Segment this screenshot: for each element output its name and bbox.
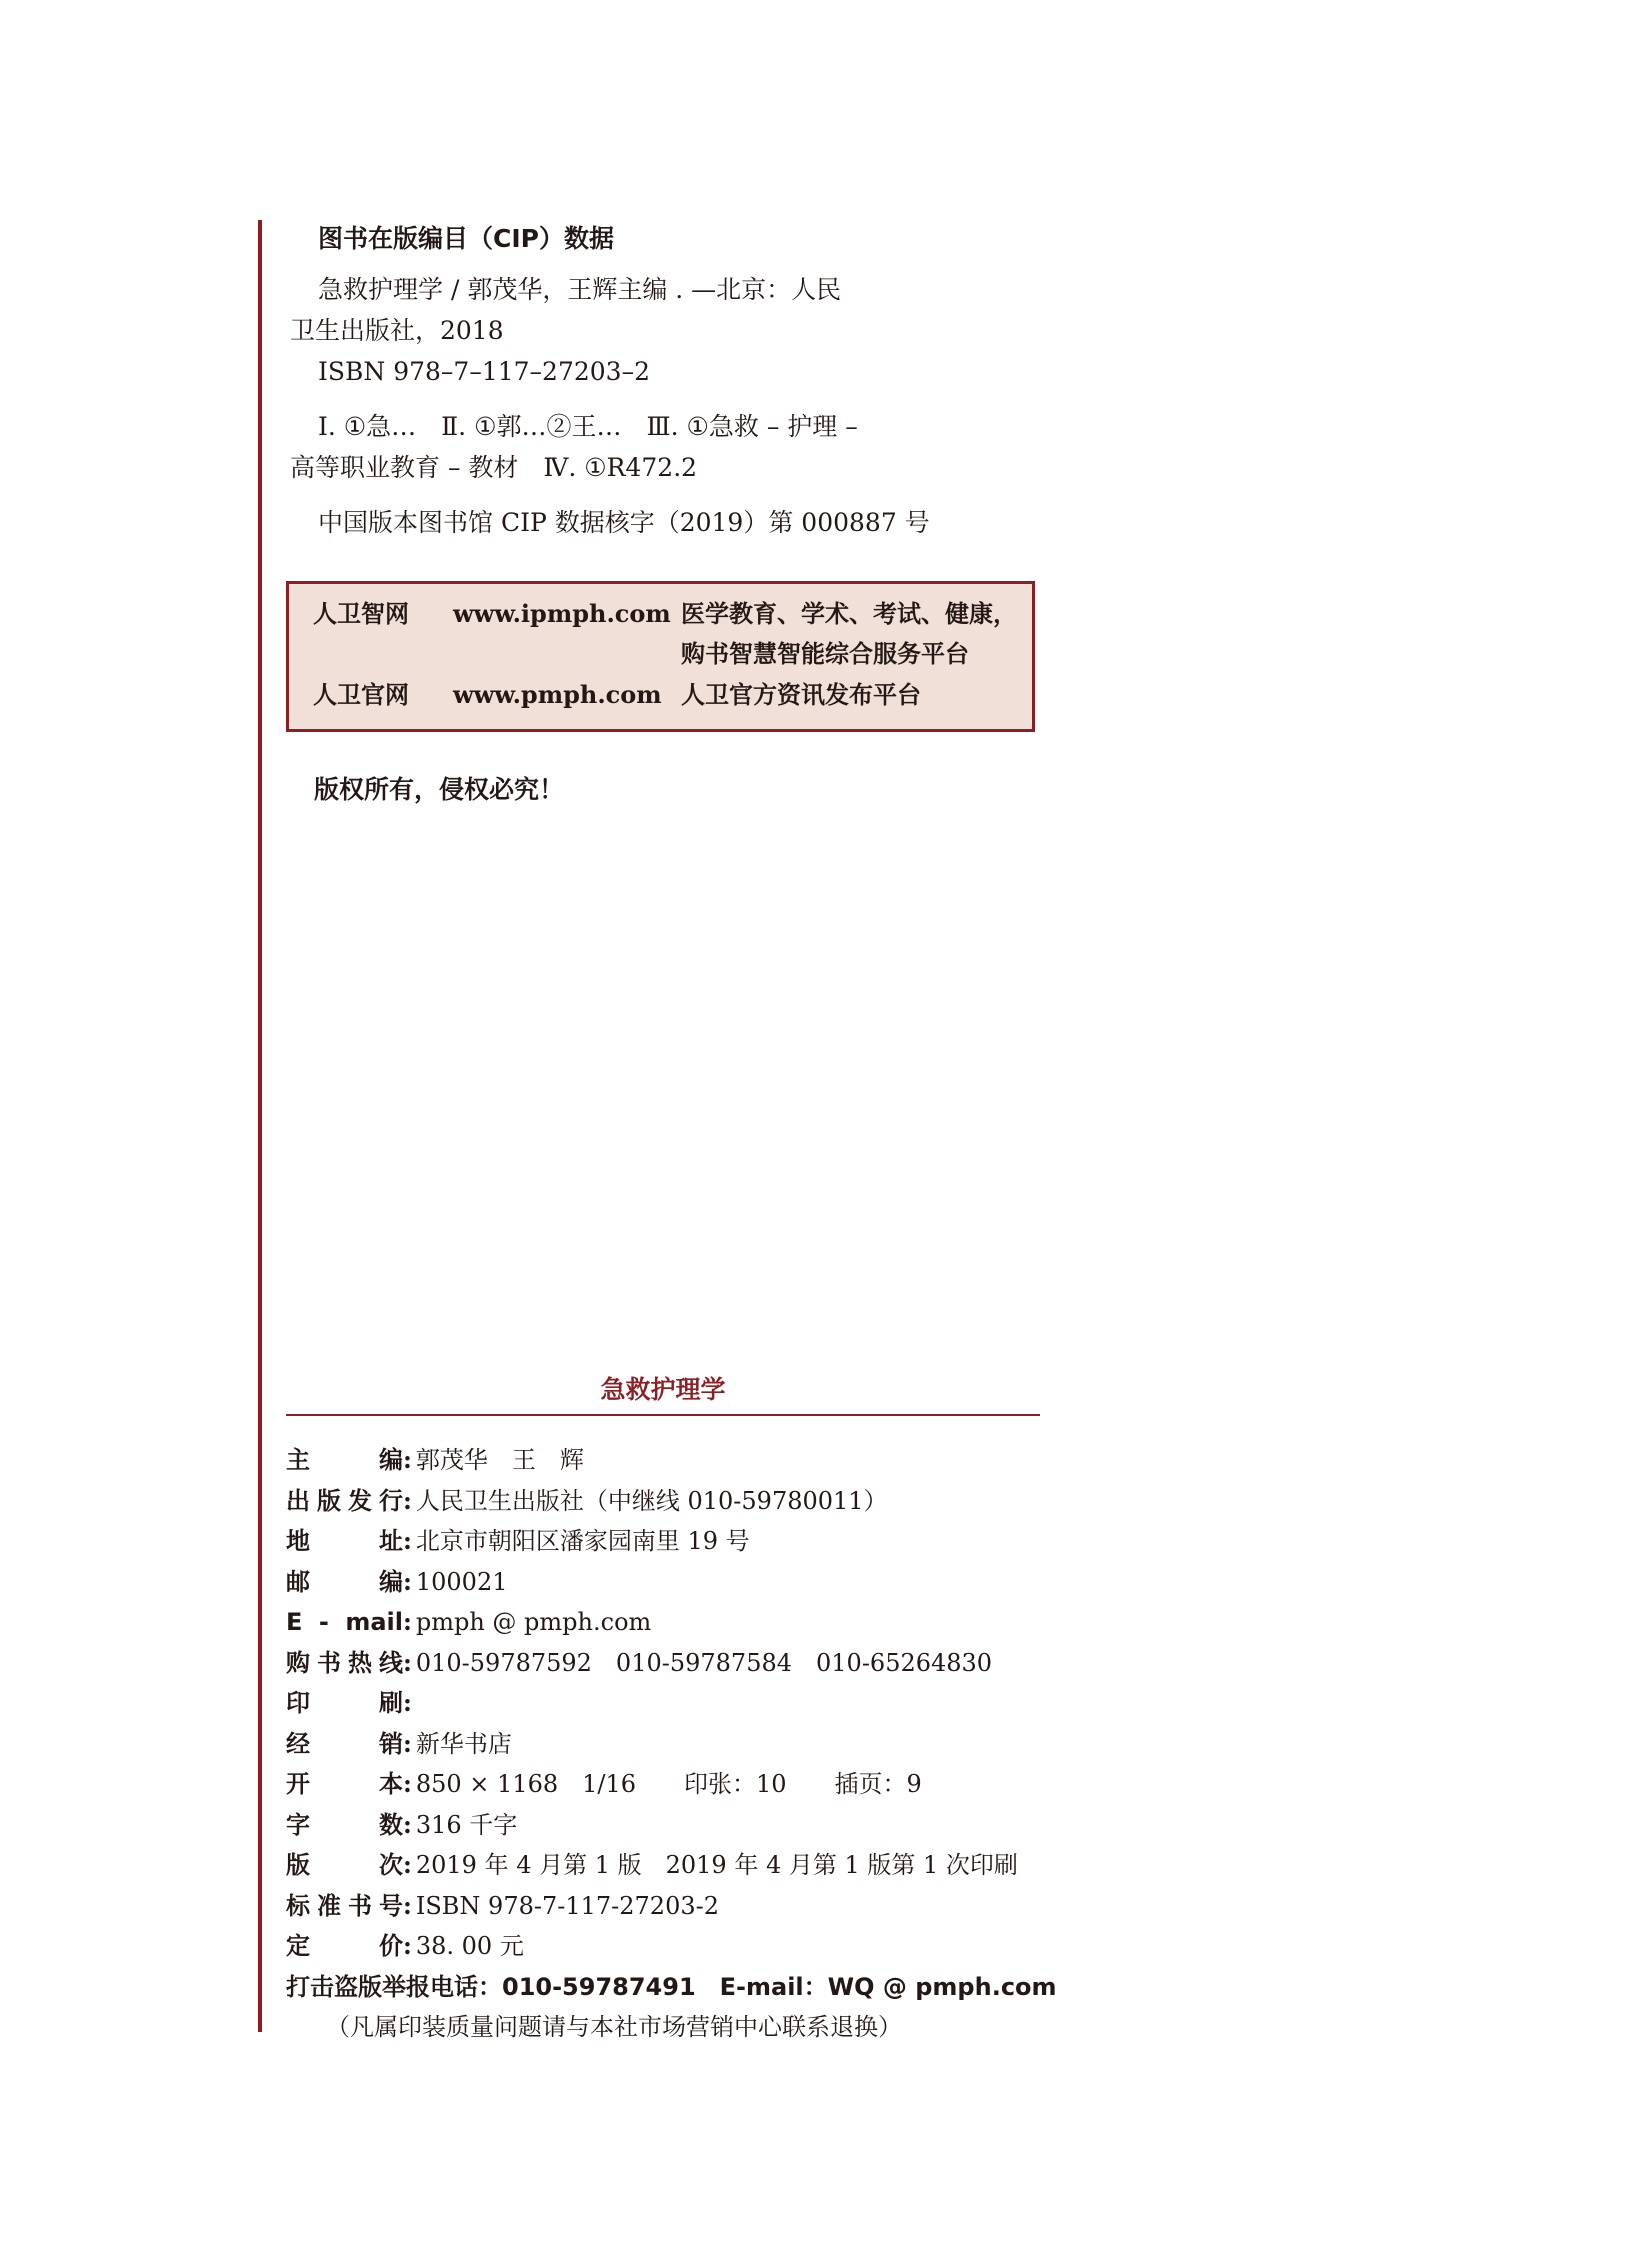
info-value: 38. 00 元 (416, 1932, 524, 1960)
info-row: 标准书号:ISBN 978-7-117-27203-2 (286, 1886, 1056, 1927)
info-label: 开本 (286, 1764, 403, 1805)
info-row: 印刷: (286, 1683, 1056, 1724)
info-value: pmph @ pmph.com (416, 1608, 651, 1636)
info-row: 主编:郭茂华 王 辉 (286, 1440, 1056, 1481)
info-value: 新华书店 (416, 1730, 512, 1758)
margin-rule (258, 220, 262, 2032)
info-label: 出版发行 (286, 1481, 403, 1522)
info-row: 开本:850 × 1168 1/16 印张：10 插页：9 (286, 1764, 1056, 1805)
website-box: 人卫智网www.ipmph.com医学教育、学术、考试、健康， 购书智慧智能综合… (286, 581, 1035, 732)
cip-line: 急救护理学 / 郭茂华，王辉主编 . —北京：人民 (290, 269, 1050, 310)
info-label: 版次 (286, 1845, 403, 1886)
cip-title: 图书在版编目（CIP）数据 (290, 218, 1050, 259)
info-value: ISBN 978-7-117-27203-2 (416, 1892, 719, 1920)
info-value: 316 千字 (416, 1811, 517, 1839)
info-value: 2019 年 4 月第 1 版 2019 年 4 月第 1 版第 1 次印刷 (416, 1851, 1018, 1879)
info-label: E - mail (286, 1602, 403, 1643)
info-row: 字数:316 千字 (286, 1805, 1056, 1846)
info-row: 经销:新华书店 (286, 1724, 1056, 1765)
info-row: 版次:2019 年 4 月第 1 版 2019 年 4 月第 1 版第 1 次印… (286, 1845, 1056, 1886)
site-url[interactable]: www.ipmph.com (453, 594, 681, 634)
site-name: 人卫智网 (313, 594, 453, 634)
info-value: 100021 (416, 1568, 508, 1596)
info-value: 850 × 1168 1/16 印张：10 插页：9 (416, 1770, 922, 1798)
info-label: 标准书号 (286, 1886, 403, 1927)
info-row: 定价:38. 00 元 (286, 1926, 1056, 1967)
info-label: 印刷 (286, 1683, 403, 1724)
info-value: 010-59787592 010-59787584 010-65264830 (416, 1649, 992, 1677)
cip-isbn: ISBN 978–7–117–27203–2 (290, 351, 1050, 392)
cip-line: 高等职业教育 – 教材 Ⅳ. ①R472.2 (290, 447, 1050, 488)
info-value: 郭茂华 王 辉 (416, 1446, 584, 1474)
info-label: 邮编 (286, 1562, 403, 1603)
site-desc: 购书智慧智能综合服务平台 (681, 640, 969, 668)
website-row: 人卫官网www.pmph.com人卫官方资讯发布平台 (313, 675, 921, 715)
publication-info: 主编:郭茂华 王 辉 出版发行:人民卫生出版社（中继线 010-59780011… (286, 1440, 1056, 2048)
info-label: 购书热线 (286, 1643, 403, 1684)
title-divider (286, 1414, 1040, 1416)
piracy-hotline: 打击盗版举报电话：010-59787491 E-mail：WQ @ pmph.c… (286, 1967, 1056, 2008)
info-row: 出版发行:人民卫生出版社（中继线 010-59780011） (286, 1481, 1056, 1522)
info-label: 定价 (286, 1926, 403, 1967)
site-desc: 医学教育、学术、考试、健康， (681, 600, 1017, 628)
cip-section: 图书在版编目（CIP）数据 急救护理学 / 郭茂华，王辉主编 . —北京：人民 … (290, 218, 1050, 543)
copyright-notice: 版权所有，侵权必究！ (314, 770, 564, 806)
info-value: 人民卫生出版社（中继线 010-59780011） (416, 1487, 888, 1515)
info-row: 邮编:100021 (286, 1562, 1056, 1603)
website-row: 购书智慧智能综合服务平台 (313, 634, 969, 674)
info-label: 主编 (286, 1440, 403, 1481)
info-value: 北京市朝阳区潘家园南里 19 号 (416, 1527, 750, 1555)
book-title: 急救护理学 (286, 1370, 1040, 1406)
info-row: 地址:北京市朝阳区潘家园南里 19 号 (286, 1521, 1056, 1562)
site-url[interactable]: www.pmph.com (453, 675, 681, 715)
site-desc: 人卫官方资讯发布平台 (681, 681, 921, 709)
info-row: E - mail:pmph @ pmph.com (286, 1602, 1056, 1643)
website-row: 人卫智网www.ipmph.com医学教育、学术、考试、健康， (313, 594, 1017, 634)
cip-number: 中国版本图书馆 CIP 数据核字（2019）第 000887 号 (290, 502, 1050, 543)
site-name: 人卫官网 (313, 675, 453, 715)
info-label: 地址 (286, 1521, 403, 1562)
info-label: 字数 (286, 1805, 403, 1846)
return-note: （凡属印装质量问题请与本社市场营销中心联系退换） (286, 2007, 1056, 2048)
info-label: 经销 (286, 1724, 403, 1765)
cip-line: Ⅰ. ①急… Ⅱ. ①郭…②王… Ⅲ. ①急救 – 护理 – (290, 406, 1050, 447)
info-row: 购书热线:010-59787592 010-59787584 010-65264… (286, 1643, 1056, 1684)
cip-line: 卫生出版社，2018 (290, 310, 1050, 351)
